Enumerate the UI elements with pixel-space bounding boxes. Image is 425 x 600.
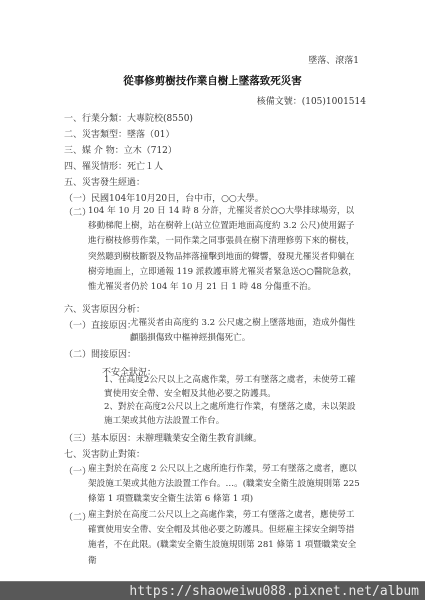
prevention-item-1-text: 雇主對於在高度 2 公尺以上之處所進行作業，勞工有墜落之虞者，應以架設施工架或其… [88, 462, 360, 508]
disaster-type: 二、災害類型：墜落（01） [64, 127, 174, 140]
document-title: 從事修剪樹技作業自樹上墜落致死災害 [0, 73, 425, 88]
industry-classification: 一、行業分類：大專院校(8550) [64, 111, 193, 124]
direct-cause-text: 尤罹災者由高度約 3.2 公尺處之樹上墜落地面，造成外傷性顱腦損傷致中樞神經損傷… [130, 316, 362, 346]
basic-cause-text: 未辦理職業安全衛生教育訓練。 [136, 431, 262, 444]
basic-cause-label: （三）基本原因： [64, 431, 136, 444]
prevention-item-2-label: （二） [64, 510, 91, 523]
document-page: 墜落、滾落1 從事修剪樹技作業自樹上墜落致死災害 核備文號：(105)10015… [0, 0, 425, 581]
occurrence-item-2-text: 104 年 10 月 20 日 14 時 8 分許，尤罹災者於○○大學排球場旁，… [88, 204, 360, 295]
direct-cause-label: （一）直接原因： [64, 318, 136, 331]
unsafe-item-1: 1、在高度2公尺以上之高處作業，勞工有墜落之虞者，未使勞工確實使用安全帶、安全帽… [104, 373, 360, 401]
cause-analysis-heading: 六、災害原因分析： [64, 302, 145, 315]
occurrence-heading: 五、災害發生經過： [64, 175, 145, 188]
category-tag: 墜落、滾落1 [308, 53, 359, 66]
watermark-url: https://shaoweiwu088.pixnet.net/album [0, 581, 425, 600]
indirect-cause-label: （二）間接原因： [64, 347, 136, 360]
prevention-heading: 七、災害防止對策： [64, 447, 145, 460]
prevention-item-2-text: 雇主對於在高度二公尺以上之高處作業，勞工有墜落之虞者，應使勞工確實使用安全帶、安… [88, 508, 360, 569]
medium: 三、媒 介 物：立木（712） [64, 143, 177, 156]
unsafe-item-2: 2、對於在高度2公尺以上之處所進行作業，有墜落之虞，未以架設施工架或其他方法設置… [104, 400, 360, 428]
casualty: 四、罹災情形：死亡１人 [64, 159, 163, 172]
occurrence-item-2-label: （二） [64, 205, 91, 218]
occurrence-item-1: （一）民國104年10月20日，台中市，○○大學。 [64, 191, 264, 204]
prevention-item-1-label: （一） [64, 464, 91, 477]
document-number: 核備文號：(105)1001514 [257, 94, 366, 107]
